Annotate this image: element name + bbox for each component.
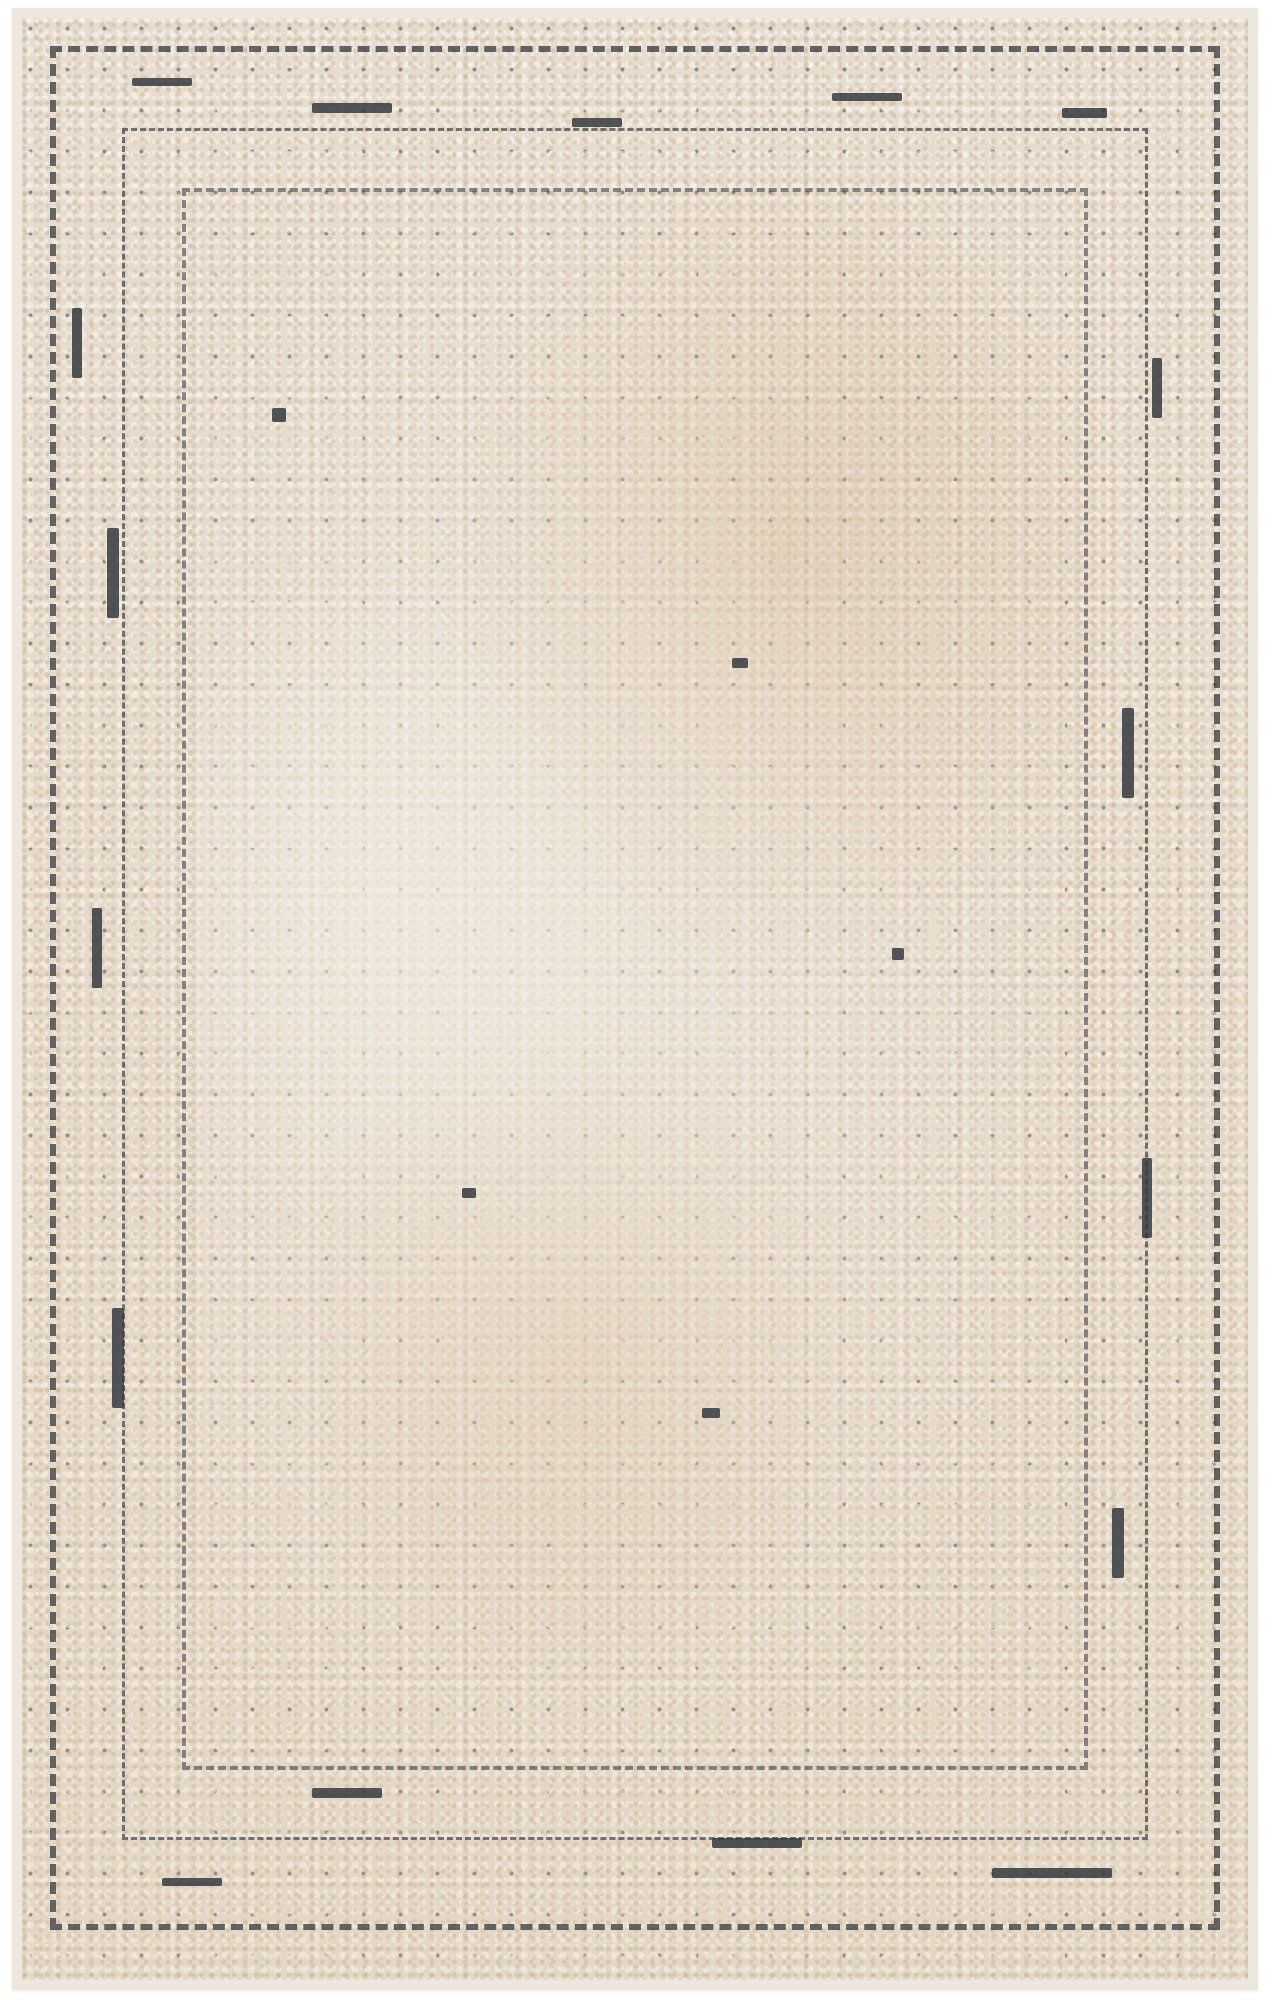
- distress-mark: [162, 1878, 222, 1886]
- distress-mark: [992, 1868, 1112, 1878]
- distress-mark: [892, 948, 904, 960]
- distress-mark: [132, 78, 192, 86]
- distress-mark: [312, 1788, 382, 1798]
- distress-mark: [272, 408, 286, 422]
- distress-mark: [462, 1188, 476, 1198]
- distress-mark: [712, 1838, 802, 1848]
- distress-mark: [832, 93, 902, 101]
- distress-mark: [1112, 1508, 1124, 1578]
- distress-mark: [72, 308, 82, 378]
- distress-mark: [732, 658, 748, 668]
- distress-mark: [1062, 108, 1107, 118]
- distress-mark: [312, 103, 392, 113]
- rug: [12, 8, 1258, 1990]
- distress-mark: [1142, 1158, 1152, 1238]
- distress-mark: [92, 908, 102, 988]
- distress-mark: [107, 528, 119, 618]
- rug-center-field: [197, 203, 1073, 1755]
- distress-mark: [572, 118, 622, 127]
- distress-mark: [112, 1308, 124, 1408]
- distress-mark: [1152, 358, 1162, 418]
- distress-mark: [702, 1408, 720, 1418]
- distress-mark: [1122, 708, 1134, 798]
